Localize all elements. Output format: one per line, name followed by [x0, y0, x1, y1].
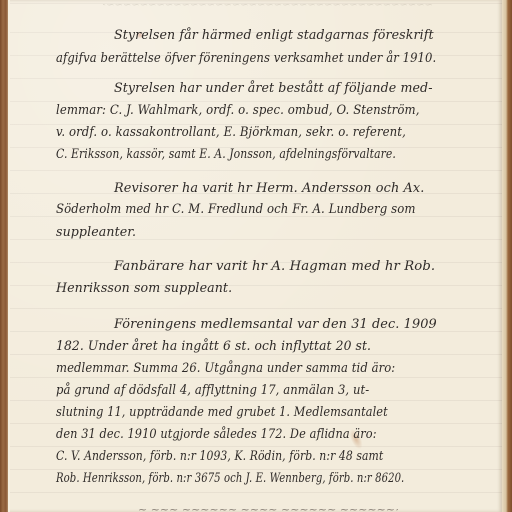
- text-line: på grund af dödsfall 4, afflyttning 17, …: [56, 382, 369, 397]
- page-edge-right: [502, 0, 512, 512]
- text-line: Föreningens medlemsantal var den 31 dec.…: [114, 316, 437, 331]
- text-line: C. V. Andersson, förb. n:r 1093, K. Rödi…: [56, 448, 383, 463]
- handwritten-page: ~~~~~~~~~~~~~~~~~~~~~~~~~~~~~~~~~~~~~~~~…: [8, 0, 502, 512]
- text-line: afgifva berättelse öfver föreningens ver…: [56, 50, 436, 65]
- text-line: den 31 dec. 1910 utgjorde således 172. D…: [56, 426, 377, 441]
- text-line: Fanbärare har varit hr A. Hagman med hr …: [114, 258, 435, 273]
- cut-off-next-line: ~ ~~~ ~~~~~~ ~~~~ ~~~~~~ ~~~~~~~~ ~~~~~: [138, 503, 398, 512]
- text-line: lemmar: C. J. Wahlmark, ordf. o. spec. o…: [56, 102, 420, 117]
- page-edge-left: [8, 0, 10, 512]
- text-line: Styrelsen har under året bestått af följ…: [114, 80, 433, 95]
- text-line: Henriksson som suppleant.: [56, 280, 232, 295]
- text-line: C. Eriksson, kassör, samt E. A. Jonsson,…: [56, 146, 396, 161]
- text-line: slutning 11, uppträdande med grubet 1. M…: [56, 404, 388, 419]
- text-line: Rob. Henriksson, förb. n:r 3675 och J. E…: [56, 470, 404, 485]
- text-line: Söderholm med hr C. M. Fredlund och Fr. …: [56, 201, 416, 216]
- text-line: suppleanter.: [56, 224, 136, 239]
- text-line: Revisorer ha varit hr Herm. Andersson oc…: [114, 180, 424, 195]
- bleed-through-text: ~~~~~~~~~~~~~~~~~~~~~~~~~~~~~~~~~~~~~~~~…: [103, 0, 433, 12]
- text-line: medlemmar. Summa 26. Utgångna under samm…: [56, 360, 395, 375]
- text-line: Styrelsen får härmed enligt stadgarnas f…: [114, 27, 434, 42]
- text-line: v. ordf. o. kassakontrollant, E. Björkma…: [56, 124, 406, 139]
- text-line: 182. Under året ha ingått 6 st. och infl…: [56, 338, 371, 353]
- document-frame: ~~~~~~~~~~~~~~~~~~~~~~~~~~~~~~~~~~~~~~~~…: [0, 0, 512, 512]
